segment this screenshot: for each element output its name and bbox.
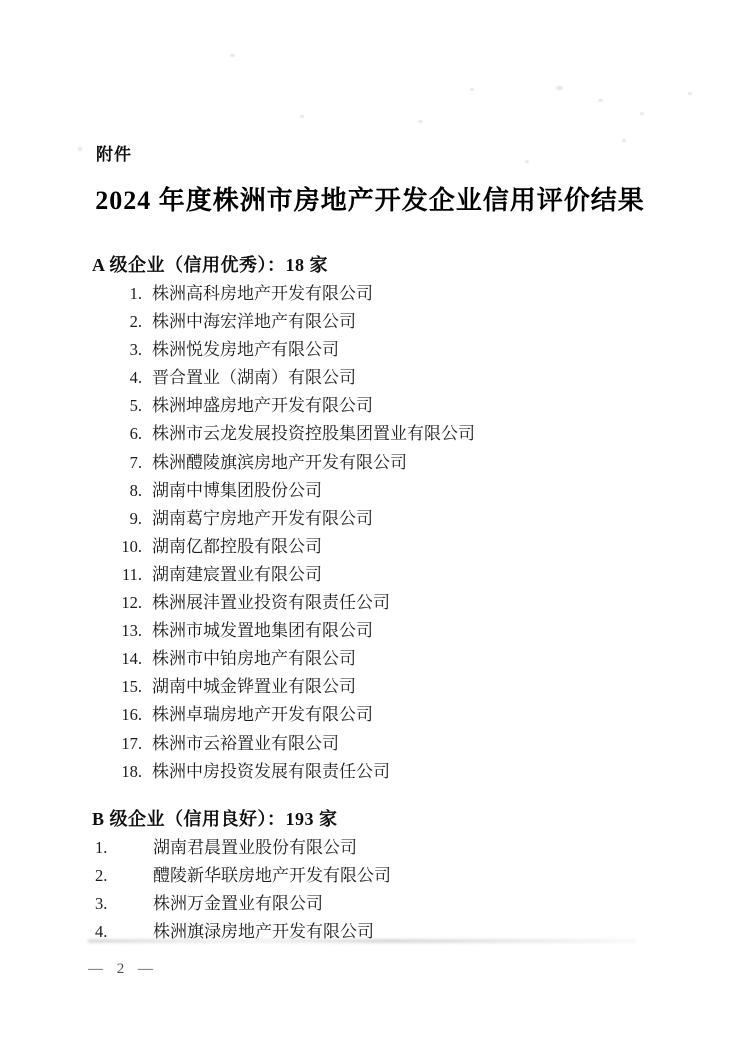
scan-speck	[418, 120, 423, 123]
list-item: 13.株洲市城发置地集团有限公司	[0, 617, 740, 645]
scan-speck	[470, 88, 474, 91]
item-number: 8.	[108, 477, 142, 505]
item-number: 1.	[108, 280, 142, 308]
list-item: 1.湖南君晨置业股份有限公司	[0, 834, 740, 862]
item-number: 6.	[108, 420, 142, 448]
list-item: 3.株洲万金置业有限公司	[0, 890, 740, 918]
list-item: 6.株洲市云龙发展投资控股集团置业有限公司	[0, 420, 740, 448]
list-item: 2.株洲中海宏洋地产有限公司	[0, 308, 740, 336]
section-grade-a: A 级企业（信用优秀）：18 家 1.株洲高科房地产开发有限公司2.株洲中海宏洋…	[0, 252, 740, 786]
list-item: 3.株洲悦发房地产有限公司	[0, 336, 740, 364]
page-number: — 2 —	[88, 961, 154, 978]
list-item: 5.株洲坤盛房地产开发有限公司	[0, 392, 740, 420]
list-item: 18.株洲中房投资发展有限责任公司	[0, 758, 740, 786]
scan-speck	[688, 92, 692, 95]
page-title: 2024 年度株洲市房地产开发企业信用评价结果	[0, 180, 740, 217]
item-number: 5.	[108, 392, 142, 420]
list-item: 11.湖南建宸置业有限公司	[0, 561, 740, 589]
company-name: 湖南中城金铧置业有限公司	[152, 677, 356, 696]
item-number: 1.	[95, 834, 115, 862]
scan-speck	[78, 147, 82, 151]
company-name: 株洲展沣置业投资有限责任公司	[152, 593, 390, 612]
list-item: 17.株洲市云裕置业有限公司	[0, 730, 740, 758]
scan-speck	[556, 86, 563, 90]
scan-speck	[300, 115, 304, 118]
list-item: 15.湖南中城金铧置业有限公司	[0, 673, 740, 701]
item-number: 3.	[108, 336, 142, 364]
scan-streak	[88, 939, 636, 943]
item-number: 13.	[108, 617, 142, 645]
list-item: 8.湖南中博集团股份公司	[0, 477, 740, 505]
item-number: 12.	[108, 589, 142, 617]
scan-speck	[525, 160, 529, 163]
company-name: 株洲中海宏洋地产有限公司	[152, 312, 356, 331]
item-number: 17.	[108, 730, 142, 758]
company-name: 株洲卓瑞房地产开发有限公司	[152, 705, 373, 724]
attachment-label: 附件	[96, 140, 132, 165]
section-grade-b: B 级企业（信用良好）：193 家 1.湖南君晨置业股份有限公司2.醴陵新华联房…	[0, 806, 740, 946]
company-name: 湖南亿都控股有限公司	[152, 537, 322, 556]
company-name: 株洲悦发房地产有限公司	[152, 340, 339, 359]
list-item: 10.湖南亿都控股有限公司	[0, 533, 740, 561]
document-page: 附件 2024 年度株洲市房地产开发企业信用评价结果 A 级企业（信用优秀）：1…	[0, 0, 740, 1047]
company-name: 株洲市云裕置业有限公司	[152, 734, 339, 753]
company-name: 株洲市云龙发展投资控股集团置业有限公司	[152, 424, 475, 443]
company-name: 株洲高科房地产开发有限公司	[152, 284, 373, 303]
list-item: 14.株洲市中铂房地产有限公司	[0, 645, 740, 673]
item-number: 11.	[108, 561, 142, 589]
scan-speck	[640, 112, 644, 115]
list-item: 4.晋合置业（湖南）有限公司	[0, 364, 740, 392]
list-item: 7.株洲醴陵旗滨房地产开发有限公司	[0, 449, 740, 477]
item-number: 2.	[95, 862, 115, 890]
list-item: 16.株洲卓瑞房地产开发有限公司	[0, 701, 740, 729]
item-number: 15.	[108, 673, 142, 701]
company-name: 株洲市城发置地集团有限公司	[152, 621, 373, 640]
company-name: 湖南葛宁房地产开发有限公司	[152, 509, 373, 528]
item-number: 10.	[108, 533, 142, 561]
company-name: 湖南中博集团股份公司	[152, 481, 322, 500]
company-name: 湖南建宸置业有限公司	[152, 565, 322, 584]
company-list-a: 1.株洲高科房地产开发有限公司2.株洲中海宏洋地产有限公司3.株洲悦发房地产有限…	[0, 280, 740, 786]
company-name: 株洲万金置业有限公司	[153, 894, 323, 913]
section-b-heading: B 级企业（信用良好）：193 家	[92, 806, 740, 832]
item-number: 14.	[108, 645, 142, 673]
scan-speck	[622, 139, 626, 142]
list-item: 12.株洲展沣置业投资有限责任公司	[0, 589, 740, 617]
item-number: 2.	[108, 308, 142, 336]
item-number: 9.	[108, 505, 142, 533]
company-name: 湖南君晨置业股份有限公司	[153, 838, 357, 857]
company-name: 株洲市中铂房地产有限公司	[152, 649, 356, 668]
item-number: 16.	[108, 701, 142, 729]
scan-speck	[230, 54, 235, 57]
list-item: 1.株洲高科房地产开发有限公司	[0, 280, 740, 308]
item-number: 3.	[95, 890, 115, 918]
item-number: 18.	[108, 758, 142, 786]
scan-speck	[598, 99, 603, 102]
list-item: 9.湖南葛宁房地产开发有限公司	[0, 505, 740, 533]
company-name: 醴陵新华联房地产开发有限公司	[153, 866, 391, 885]
company-name: 株洲坤盛房地产开发有限公司	[152, 396, 373, 415]
company-name: 晋合置业（湖南）有限公司	[152, 368, 356, 387]
company-name: 株洲醴陵旗滨房地产开发有限公司	[152, 453, 407, 472]
item-number: 4.	[108, 364, 142, 392]
company-name: 株洲中房投资发展有限责任公司	[152, 762, 390, 781]
company-list-b: 1.湖南君晨置业股份有限公司2.醴陵新华联房地产开发有限公司3.株洲万金置业有限…	[0, 834, 740, 946]
section-a-heading: A 级企业（信用优秀）：18 家	[92, 252, 740, 278]
list-item: 2.醴陵新华联房地产开发有限公司	[0, 862, 740, 890]
item-number: 7.	[108, 449, 142, 477]
